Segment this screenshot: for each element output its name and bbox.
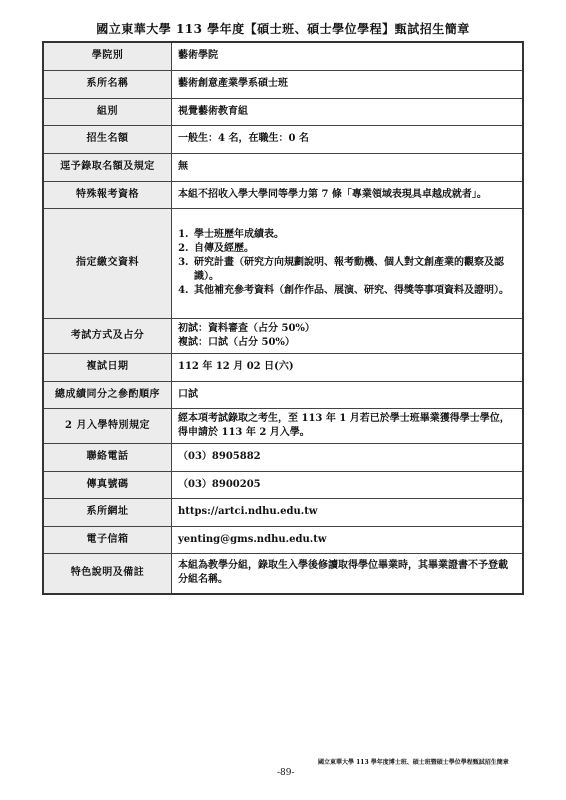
row-label-phone: 聯絡電話 [43, 443, 172, 471]
row-label-remarks: 特色說明及備註 [43, 553, 172, 594]
page-number: -89- [277, 768, 295, 778]
list-item: 研究計畫（研究方向規劃說明、報考動機、個人對文創產業的觀察及認識）。 [192, 256, 516, 284]
row-label-fax: 傳真號碼 [43, 471, 172, 498]
table-row: 2 月入學特別規定 經本項考試錄取之考生，至 113 年 1 月若已於學士班畢業… [43, 408, 523, 443]
table-row: 學院別 藝術學院 [43, 42, 523, 70]
row-label-february-enrollment: 2 月入學特別規定 [43, 408, 172, 443]
required-documents-list: 學士班歷年成績表。 自傳及經歷。 研究計畫（研究方向規劃說明、報考動機、個人對文… [178, 225, 516, 301]
footer-running-title: 國立東華大學 113 學年度博士班、碩士班暨碩士學位學程甄試招生簡章 [318, 757, 509, 766]
admission-info-table: 學院別 藝術學院 系所名稱 藝術創意產業學系碩士班 組別 視覺藝術教育組 招生名… [42, 41, 524, 595]
row-value-college: 藝術學院 [172, 42, 524, 70]
table-row: 考試方式及占分 初試：資料審查（占分 50%） 複試：口試（占分 50%） [43, 318, 523, 353]
table-row: 特殊報考資格 本組不招收入學大學同等學力第 7 條「專業領域表現具卓越成就者」。 [43, 181, 523, 208]
row-label-tiebreak-order: 總成績同分之參酌順序 [43, 381, 172, 408]
row-value-required-documents: 學士班歷年成績表。 自傳及經歷。 研究計畫（研究方向規劃說明、報考動機、個人對文… [172, 208, 524, 318]
row-value-website[interactable]: https://artci.ndhu.edu.tw [172, 498, 524, 526]
row-label-required-documents: 指定繳交資料 [43, 208, 172, 318]
table-row: 電子信箱 yenting@gms.ndhu.edu.tw [43, 526, 523, 553]
exam-method-line: 複試：口試（占分 50%） [178, 336, 516, 350]
row-label-direct-admission: 逕予錄取名額及規定 [43, 153, 172, 181]
list-item: 自傳及經歷。 [192, 242, 516, 256]
row-value-phone: （03）8905882 [172, 443, 524, 471]
exam-method-line: 初試：資料審查（占分 50%） [178, 322, 516, 336]
row-label-website: 系所網址 [43, 498, 172, 526]
list-item: 學士班歷年成績表。 [192, 228, 516, 242]
row-label-exam-method: 考試方式及占分 [43, 318, 172, 353]
table-row: 聯絡電話 （03）8905882 [43, 443, 523, 471]
row-label-quota: 招生名額 [43, 125, 172, 153]
table-row: 逕予錄取名額及規定 無 [43, 153, 523, 181]
row-value-quota: 一般生：4 名，在職生：0 名 [172, 125, 524, 153]
row-value-direct-admission: 無 [172, 153, 524, 181]
row-value-email[interactable]: yenting@gms.ndhu.edu.tw [172, 526, 524, 553]
row-label-group: 組別 [43, 98, 172, 125]
table-row: 指定繳交資料 學士班歷年成績表。 自傳及經歷。 研究計畫（研究方向規劃說明、報考… [43, 208, 523, 318]
table-row: 複試日期 112 年 12 月 02 日(六) [43, 353, 523, 381]
row-label-college: 學院別 [43, 42, 172, 70]
row-label-special-eligibility: 特殊報考資格 [43, 181, 172, 208]
row-value-exam-method: 初試：資料審查（占分 50%） 複試：口試（占分 50%） [172, 318, 524, 353]
table-row: 系所名稱 藝術創意產業學系碩士班 [43, 70, 523, 98]
row-value-tiebreak-order: 口試 [172, 381, 524, 408]
row-value-second-exam-date: 112 年 12 月 02 日(六) [172, 353, 524, 381]
row-value-remarks: 本組為教學分組，錄取生入學後修讀取得學位畢業時，其畢業證書不予登載分組名稱。 [172, 553, 524, 594]
row-label-second-exam-date: 複試日期 [43, 353, 172, 381]
row-value-group: 視覺藝術教育組 [172, 98, 524, 125]
table-row: 特色說明及備註 本組為教學分組，錄取生入學後修讀取得學位畢業時，其畢業證書不予登… [43, 553, 523, 594]
table-row: 系所網址 https://artci.ndhu.edu.tw [43, 498, 523, 526]
document-title: 國立東華大學 113 學年度【碩士班、碩士學位學程】甄試招生簡章 [0, 20, 566, 37]
row-value-department: 藝術創意產業學系碩士班 [172, 70, 524, 98]
list-item: 其他補充參考資料（創作作品、展演、研究、得獎等事項資料及證明）。 [192, 284, 516, 298]
table-row: 傳真號碼 （03）8900205 [43, 471, 523, 498]
row-value-special-eligibility: 本組不招收入學大學同等學力第 7 條「專業領域表現具卓越成就者」。 [172, 181, 524, 208]
table-row: 總成績同分之參酌順序 口試 [43, 381, 523, 408]
table-row: 招生名額 一般生：4 名，在職生：0 名 [43, 125, 523, 153]
row-label-email: 電子信箱 [43, 526, 172, 553]
row-value-fax: （03）8900205 [172, 471, 524, 498]
row-label-department: 系所名稱 [43, 70, 172, 98]
table-row: 組別 視覺藝術教育組 [43, 98, 523, 125]
row-value-february-enrollment: 經本項考試錄取之考生，至 113 年 1 月若已於學士班畢業獲得學士學位，得申請… [172, 408, 524, 443]
